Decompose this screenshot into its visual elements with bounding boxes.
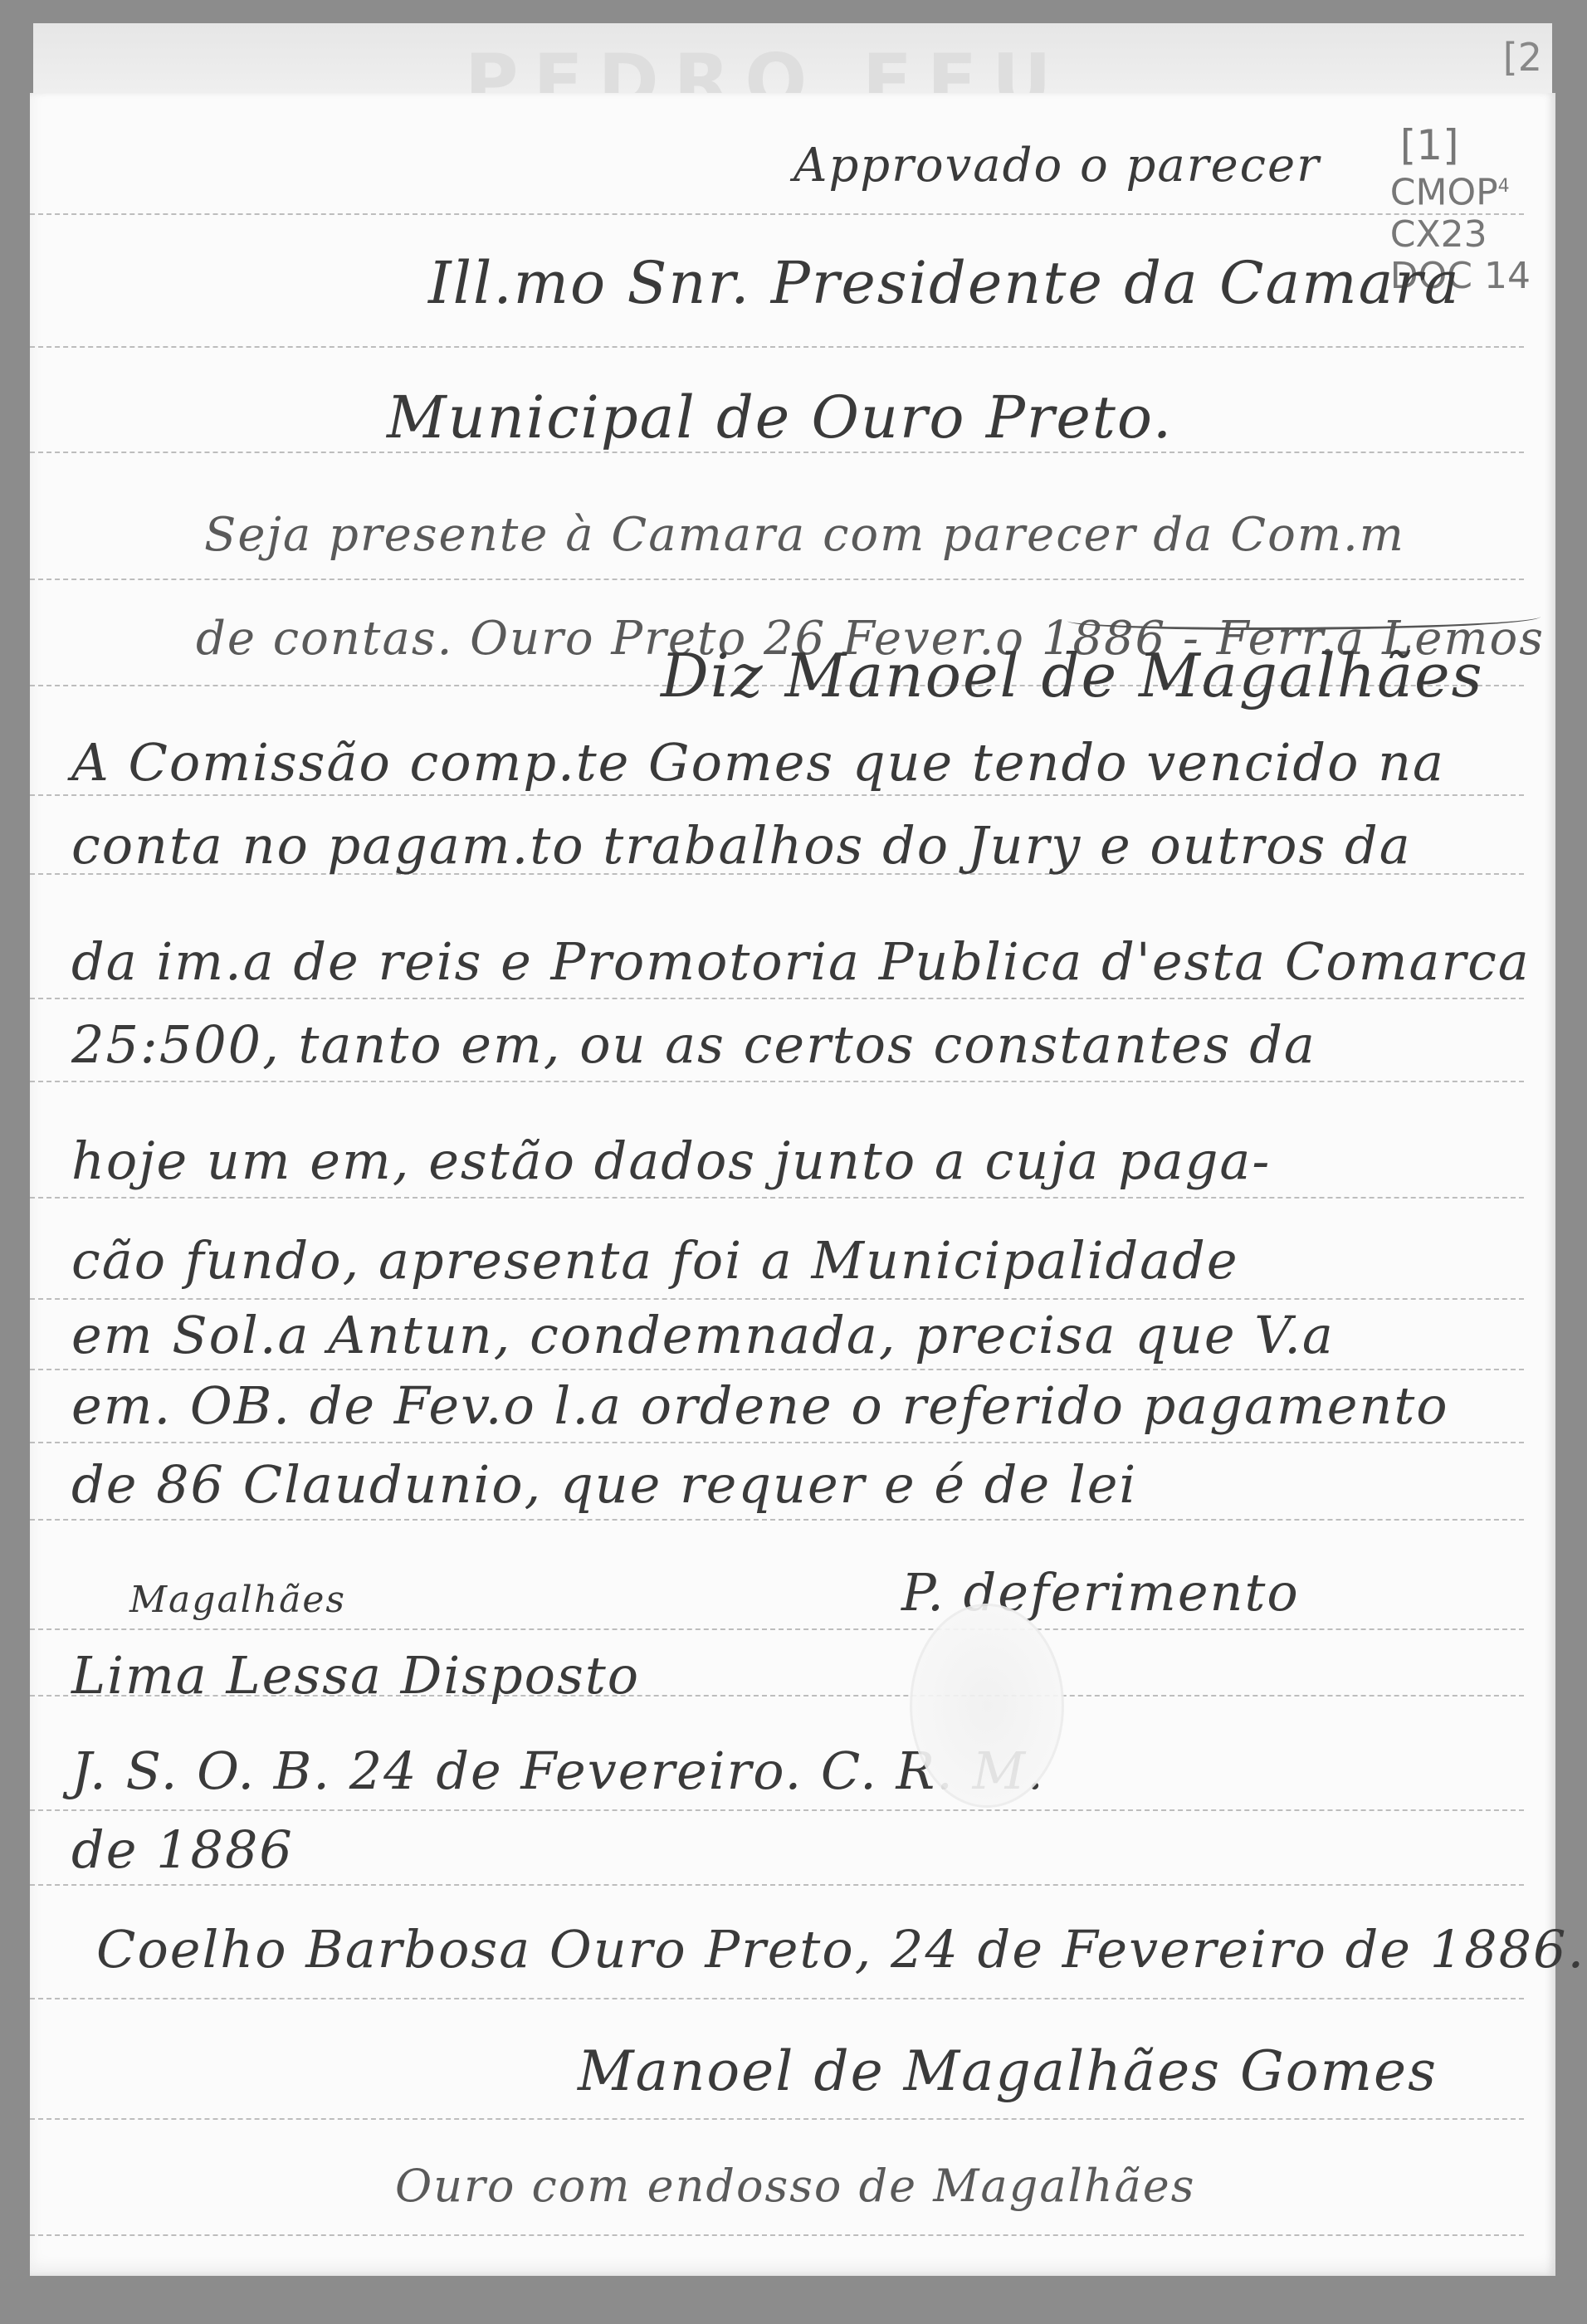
body-line: em Sol.a Antun, condemnada, precisa que … — [71, 1305, 1335, 1365]
address-line-2: Municipal de Ouro Preto. — [387, 383, 1173, 452]
body-line: hoje um em, estão dados junto a cuja pag… — [71, 1130, 1271, 1191]
ruled-line — [30, 1197, 1524, 1199]
ruled-line — [30, 346, 1524, 348]
body-line: de 86 Claudunio, que requer e é de lei — [71, 1454, 1137, 1515]
top-strip: PEDRO FEU [2 — [33, 23, 1552, 101]
document-page: [1] CMOP4 CX23 DOC 14 Approvado o parece… — [30, 93, 1555, 2276]
ruled-line — [30, 213, 1524, 215]
ruled-line — [30, 579, 1524, 580]
body-line: A Comissão comp.te Gomes que tendo venci… — [71, 732, 1445, 793]
ruled-line — [30, 1809, 1524, 1811]
ruled-line — [30, 1081, 1524, 1082]
ruled-line — [30, 1519, 1524, 1521]
ruled-line — [30, 2234, 1524, 2236]
ruled-line — [30, 794, 1524, 796]
body-line: conta no pagam.to trabalhos do Jury e ou… — [71, 815, 1412, 876]
approval-annotation: Approvado o parecer — [793, 139, 1321, 193]
side-annotation: de 1886 — [71, 1819, 294, 1880]
ruled-line — [30, 1884, 1524, 1886]
ruled-line — [30, 998, 1524, 999]
side-annotation: Lima Lessa Disposto — [71, 1645, 640, 1706]
faint-seal-stamp — [910, 1604, 1064, 1808]
ruled-line — [30, 1998, 1524, 1999]
side-annotation: J. S. O. B. 24 de Fevereiro. C. R. M. — [71, 1741, 1045, 1801]
address-line-1: Ill.mo Snr. Presidente da Camara — [428, 249, 1461, 317]
petitioner-line: Diz Manoel de Magalhães — [661, 641, 1484, 710]
upper-folio-mark: [2 — [1503, 35, 1542, 80]
closing-left: Magalhães — [129, 1579, 346, 1621]
ruled-line — [30, 2118, 1524, 2120]
ruled-line — [30, 1628, 1524, 1630]
fund-code: CMOP4 — [1390, 166, 1531, 214]
body-line: em. OB. de Fev.o l.a ordene o referido p… — [71, 1375, 1449, 1436]
final-note: Ouro com endosso de Magalhães — [395, 2160, 1195, 2212]
dated-line: Coelho Barbosa Ouro Preto, 24 de Feverei… — [96, 1919, 1585, 1980]
body-line: 25:500, tanto em, ou as certos constante… — [71, 1014, 1316, 1075]
ruled-line — [30, 1298, 1524, 1300]
despacho-line-1: Seja presente à Camara com parecer da Co… — [204, 508, 1405, 562]
body-line: cão fundo, apresenta foi a Municipalidad… — [71, 1230, 1239, 1291]
ruled-line — [30, 1369, 1524, 1370]
ruled-line — [30, 1442, 1524, 1443]
signature: Manoel de Magalhães Gomes — [578, 2039, 1438, 2103]
folio-number: [1] — [1400, 124, 1531, 166]
ruled-line — [30, 452, 1524, 453]
body-line: da im.a de reis e Promotoria Publica d'e… — [71, 931, 1531, 992]
